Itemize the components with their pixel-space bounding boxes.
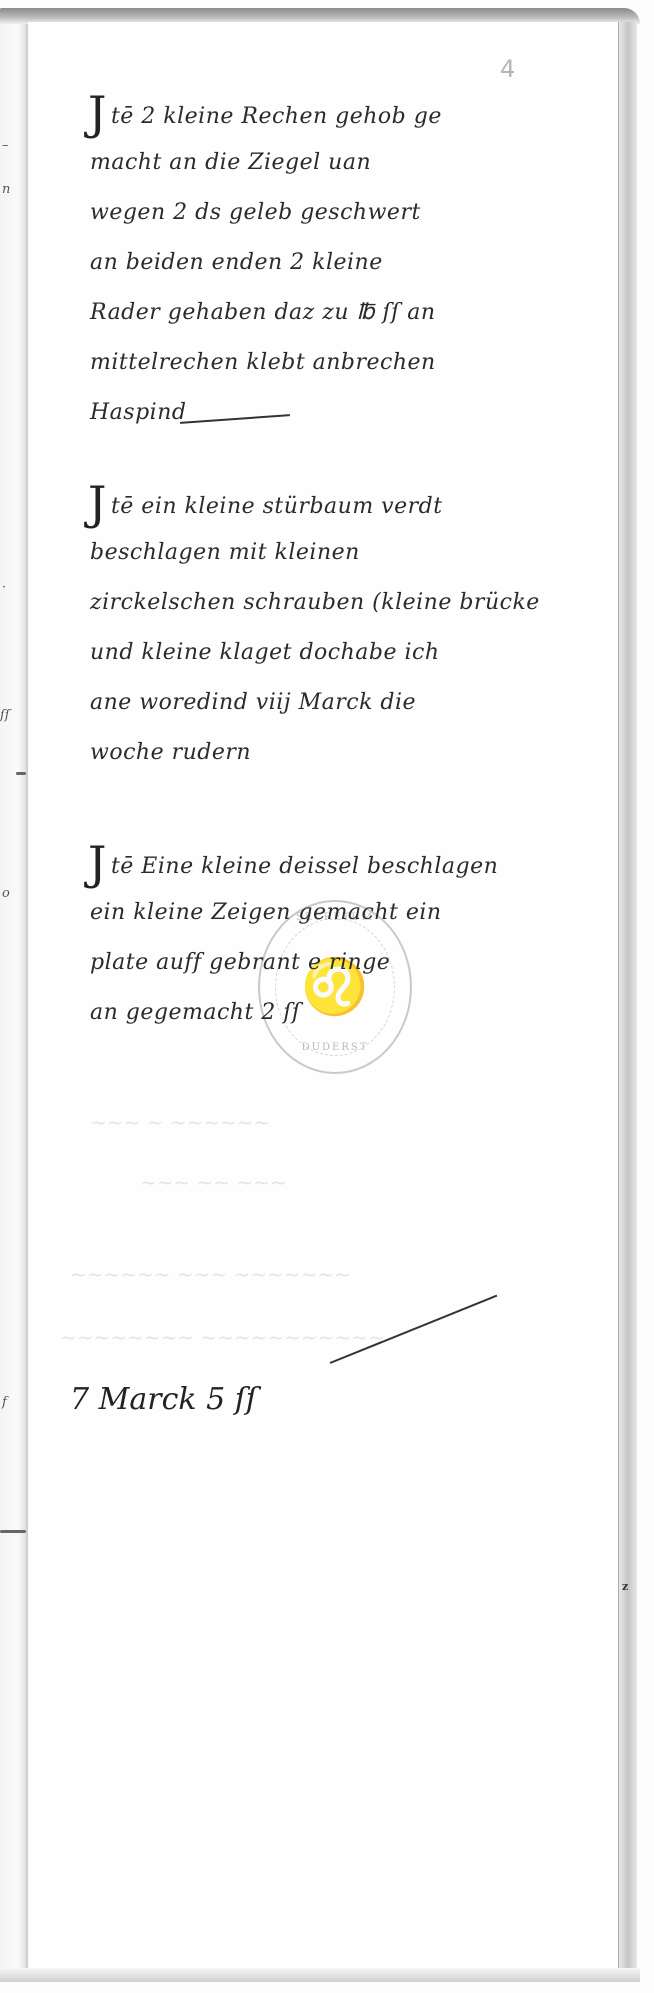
entry-line: an beiden enden 2 kleine xyxy=(88,238,618,288)
entry-line: Haspind xyxy=(88,388,618,438)
page-bottom-edge xyxy=(0,1968,640,1982)
ledger-entry: Jtē Eine kleine deissel beschlagen ein k… xyxy=(88,838,618,1038)
entry-line: mittelrechen klebt anbrechen xyxy=(88,338,618,388)
entry-line: und kleine klaget dochabe ich xyxy=(88,628,618,678)
line-text: tē ein kleine stürbaum verdt xyxy=(111,494,443,519)
margin-mark: n xyxy=(2,182,10,197)
entry-line: zirckelschen schrauben (kleine brücke xyxy=(88,578,618,628)
entry-line: Jtē 2 kleine Rechen gehob ge xyxy=(88,88,618,138)
seal-legend-bottom: DUDERST xyxy=(260,1042,410,1053)
ledger-entry: Jtē 2 kleine Rechen gehob ge macht an di… xyxy=(88,88,618,438)
margin-tick xyxy=(0,1530,26,1533)
margin-tick xyxy=(16,772,26,775)
page-right-edge xyxy=(618,22,637,1982)
ledger-entry: Jtē ein kleine stürbaum verdt beschlagen… xyxy=(88,478,618,778)
bleed-through-text: ~~~ ~ ~~~~~~ xyxy=(90,1110,270,1134)
entry-line: Jtē ein kleine stürbaum verdt xyxy=(88,478,618,528)
entry-line: macht an die Ziegel uan xyxy=(88,138,618,188)
line-text: tē 2 kleine Rechen gehob ge xyxy=(111,104,442,129)
margin-mark: ſſ xyxy=(0,708,10,723)
entry-line: woche rudern xyxy=(88,728,618,778)
margin-mark: o xyxy=(2,886,10,901)
entry-line: Rader gehaben daz zu ℔ ſſ an xyxy=(88,288,618,338)
bleed-through-text: ~~~~~~ ~~~ ~~~~~~~ xyxy=(70,1262,351,1286)
entry-line: Jtē Eine kleine deissel beschlagen xyxy=(88,838,618,888)
entry-line: wegen 2 ds geleb geschwert xyxy=(88,188,618,238)
entry-line: beschlagen mit kleinen xyxy=(88,528,618,578)
adjacent-page-edge: – n · ſſ o f xyxy=(0,20,28,1980)
entry-line: an gegemacht 2 ſſ xyxy=(88,988,618,1038)
entry-total: 7 Marck 5 ſſ xyxy=(70,1382,257,1417)
margin-mark: – xyxy=(2,138,9,153)
entry-line: ane woredind viij Marck die xyxy=(88,678,618,728)
entry-initial: J xyxy=(88,476,107,530)
entry-line: ein kleine Zeigen gemacht ein xyxy=(88,888,618,938)
bleed-through-text: ~~~ ~~ ~~~ xyxy=(140,1170,287,1194)
edge-mark: z xyxy=(622,1580,628,1593)
entry-initial: J xyxy=(88,836,107,890)
entry-initial: J xyxy=(88,86,107,140)
margin-mark: f xyxy=(2,1395,7,1410)
bleed-through-text: ~~~~~~~~ ~~~~~~~~~~~ xyxy=(60,1325,385,1349)
folio-number: 4 xyxy=(500,55,515,83)
margin-mark: · xyxy=(2,580,6,595)
manuscript-scan: – n · ſſ o f z 4 Jtē 2 kleine Rechen geh… xyxy=(0,0,654,1993)
entry-line: plate auff gebrant e ringe xyxy=(88,938,618,988)
line-text: tē Eine kleine deissel beschlagen xyxy=(111,854,498,879)
